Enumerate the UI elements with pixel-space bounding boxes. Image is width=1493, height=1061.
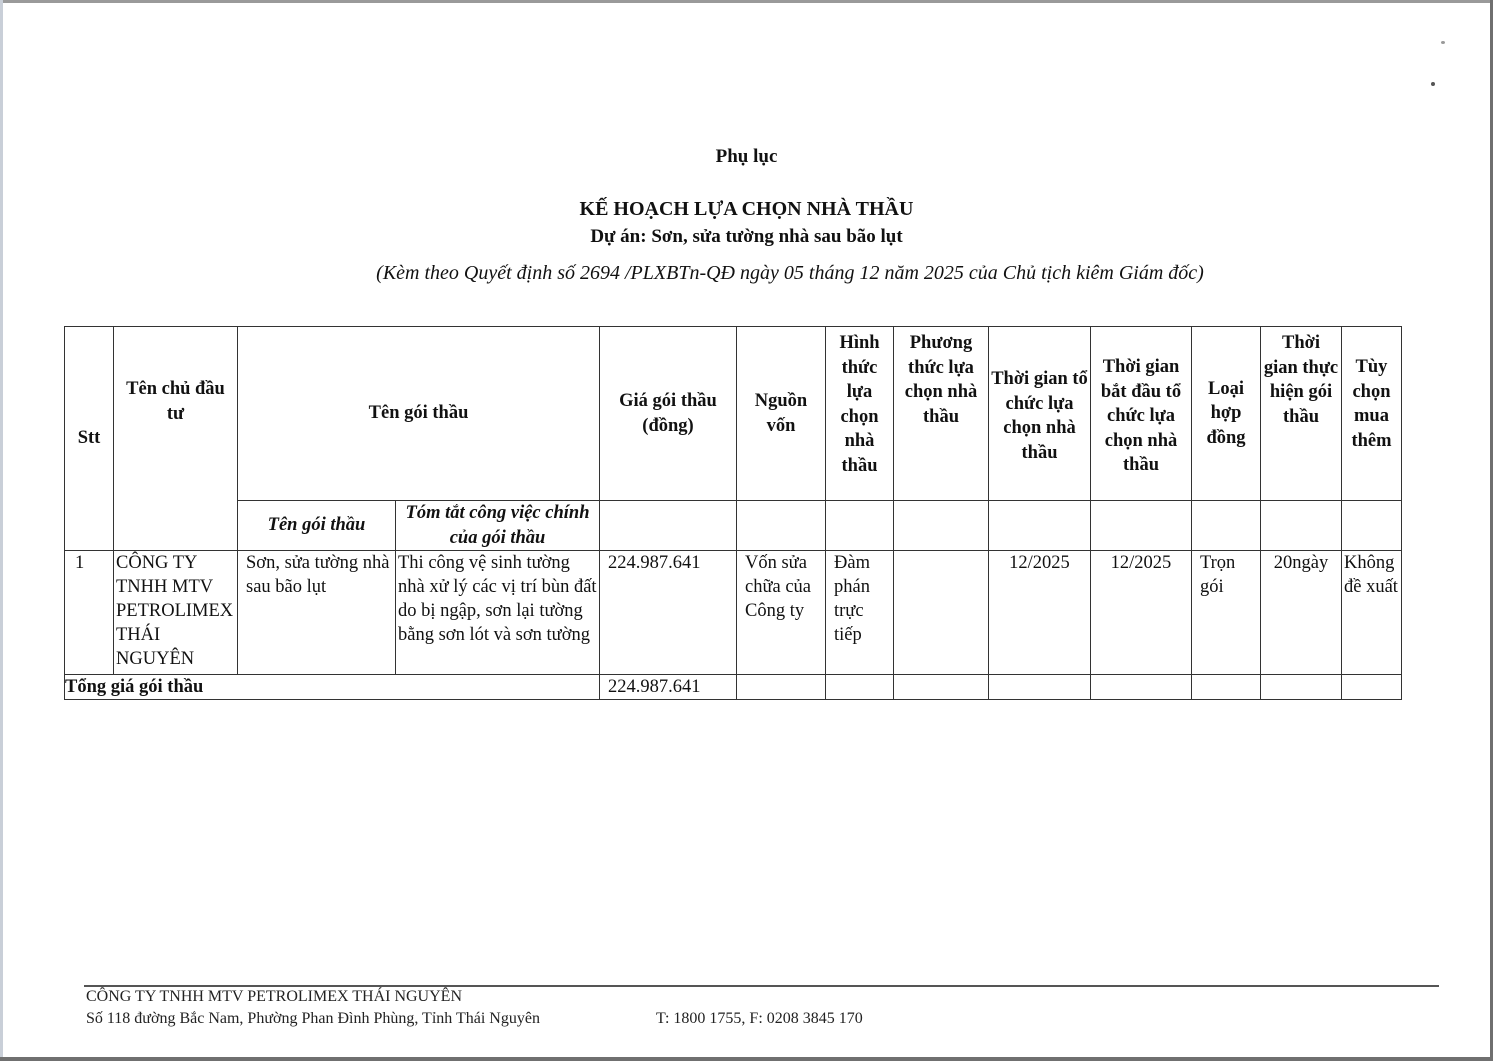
- cell-price: 224.987.641: [600, 551, 737, 675]
- cell-stt: 1: [65, 551, 114, 675]
- total-label: Tổng giá gói thầu: [65, 675, 600, 700]
- header-contract-type: Loại hợp đồng: [1192, 327, 1261, 501]
- total-price: 224.987.641: [600, 675, 737, 700]
- cell-funding: Vốn sửa chữa của Công ty: [737, 551, 826, 675]
- decision-reference: (Kèm theo Quyết định số 2694 /PLXBTn-QĐ …: [0, 262, 1493, 285]
- header-execution-time: Thời gian thực hiện gói thầu: [1261, 327, 1342, 501]
- cell-execution-time: 20ngày: [1261, 551, 1342, 675]
- cell-contract-type: Trọn gói: [1192, 551, 1261, 675]
- header-selection-method: Phương thức lựa chọn nhà thầu: [894, 327, 989, 501]
- cell-selection-method: [894, 551, 989, 675]
- total-row: Tổng giá gói thầu 224.987.641: [65, 675, 1402, 700]
- subheader-package-summary: Tóm tắt công việc chính của gói thầu: [396, 501, 600, 551]
- cell-package-summary: Thi công vệ sinh tường nhà xử lý các vị …: [396, 551, 600, 675]
- header-row: Stt Tên chủ đầu tư Tên gói thầu Giá gói …: [65, 327, 1402, 501]
- cell-selection-form: Đàm phán trực tiếp: [826, 551, 894, 675]
- subheader-package-name: Tên gói thầu: [238, 501, 396, 551]
- table-row: 1 CÔNG TY TNHH MTV PETROLIMEX THÁI NGUYÊ…: [65, 551, 1402, 675]
- contractor-selection-table: Stt Tên chủ đầu tư Tên gói thầu Giá gói …: [64, 326, 1402, 700]
- appendix-label: Phụ lục: [0, 146, 1493, 168]
- footer-contact: T: 1800 1755, F: 0208 3845 170: [656, 1010, 863, 1028]
- header-purchase-option: Tùy chọn mua thêm: [1342, 327, 1402, 501]
- footer-company: CÔNG TY TNHH MTV PETROLIMEX THÁI NGUYÊN: [86, 988, 462, 1006]
- cell-purchase-option: Không đề xuất: [1342, 551, 1402, 675]
- cell-package-name: Sơn, sửa tường nhà sau bão lụt: [238, 551, 396, 675]
- header-investor: Tên chủ đầu tư: [114, 327, 238, 551]
- cell-selection-start: 12/2025: [1091, 551, 1192, 675]
- header-selection-form: Hình thức lựa chọn nhà thầu: [826, 327, 894, 501]
- project-title: Dự án: Sơn, sửa tường nhà sau bão lụt: [0, 226, 1493, 248]
- footer-divider: [84, 985, 1439, 987]
- header-package-group: Tên gói thầu: [238, 327, 600, 501]
- header-funding: Nguồn vốn: [737, 327, 826, 501]
- page-border-top: [0, 0, 1493, 3]
- cell-selection-duration: 12/2025: [989, 551, 1091, 675]
- header-price: Giá gói thầu (đồng): [600, 327, 737, 501]
- scan-speck: [1431, 82, 1435, 86]
- header-stt: Stt: [65, 327, 114, 551]
- cell-investor: CÔNG TY TNHH MTV PETROLIMEX THÁI NGUYÊN: [114, 551, 238, 675]
- subheader-row: Tên gói thầu Tóm tắt công việc chính của…: [65, 501, 1402, 551]
- header-selection-start: Thời gian bắt đầu tổ chức lựa chọn nhà t…: [1091, 327, 1192, 501]
- header-selection-duration: Thời gian tổ chức lựa chọn nhà thầu: [989, 327, 1091, 501]
- footer-address: Số 118 đường Bắc Nam, Phường Phan Đình P…: [86, 1010, 540, 1028]
- scan-speck: [1441, 41, 1445, 44]
- page-border-bottom: [0, 1057, 1493, 1061]
- document-title: KẾ HOẠCH LỰA CHỌN NHÀ THẦU: [0, 198, 1493, 221]
